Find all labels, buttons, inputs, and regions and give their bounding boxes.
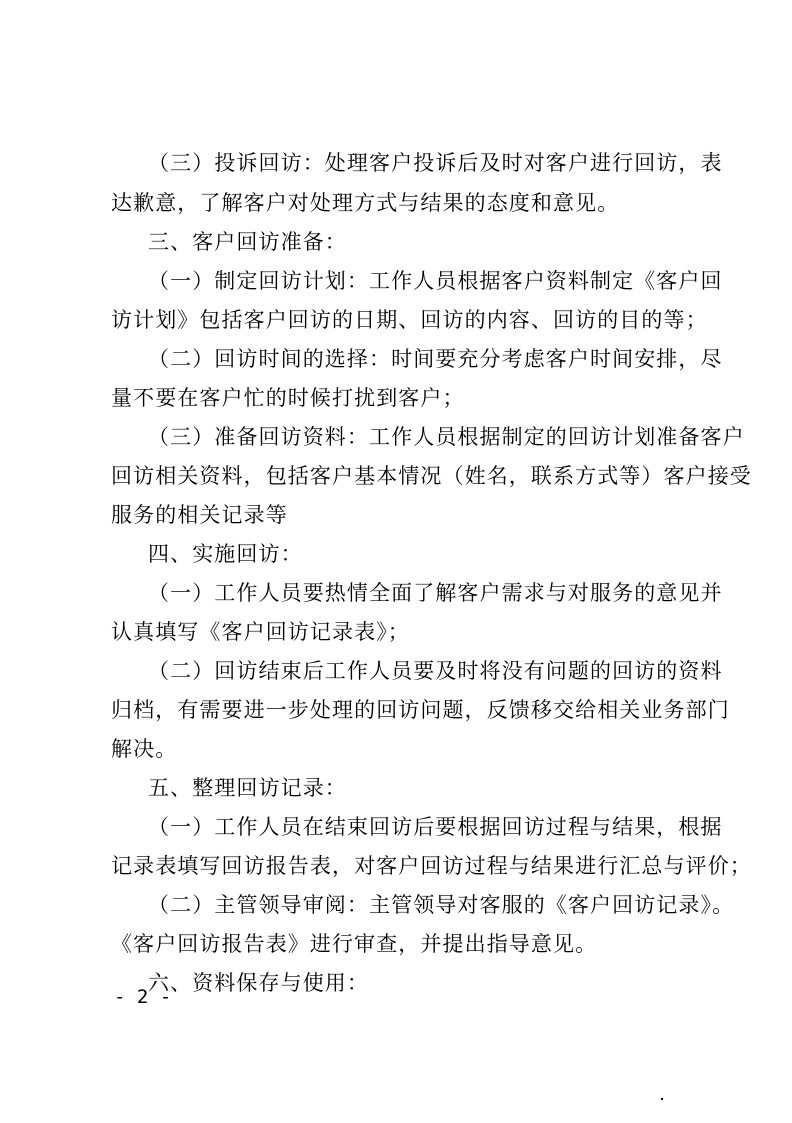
section-heading: 四、实施回访： [148,541,701,567]
scan-artifact-dot [661,1098,663,1100]
paragraph-line: （一）工作人员在结束回访后要根据回访过程与结果，根据 [148,814,701,840]
paragraph-line: 《客户回访报告表》进行审查，并提出指导意见。 [111,931,701,957]
paragraph-line: （二）回访结束后工作人员要及时将没有问题的回访的资料 [148,658,701,684]
paragraph-line: 访计划》包括客户回访的日期、回访的内容、回访的目的等； [111,307,701,333]
section-heading: 三、客户回访准备： [148,229,701,255]
paragraph-line: 认真填写《客户回访记录表》； [111,619,701,645]
paragraph-line: （二）回访时间的选择：时间要充分考虑客户时间安排，尽 [148,346,701,372]
paragraph-line: 记录表填写回访报告表，对客户回访过程与结果进行汇总与评价； [111,853,701,879]
paragraph-line: 服务的相关记录等 [111,502,701,528]
paragraph-line: （三）准备回访资料：工作人员根据制定的回访计划准备客户 [148,424,701,450]
paragraph-line: （一）制定回访计划：工作人员根据客户资料制定《客户回 [148,268,701,294]
section-heading: 六、资料保存与使用： [148,970,701,996]
paragraph-line: （一）工作人员要热情全面了解客户需求与对服务的意见并 [148,580,701,606]
section-heading: 五、整理回访记录： [148,775,701,801]
paragraph-line: 量不要在客户忙的时候打扰到客户； [111,385,701,411]
paragraph-line: 达歉意，了解客户对处理方式与结果的态度和意见。 [111,190,701,216]
page-number: - 2 - [114,985,171,1009]
paragraph-line: 归档，有需要进一步处理的回访问题，反馈移交给相关业务部门 [111,697,701,723]
paragraph-line: 解决。 [111,736,701,762]
paragraph-line: 回访相关资料，包括客户基本情况（姓名，联系方式等）客户接受 [111,463,701,489]
paragraph-line: （二）主管领导审阅：主管领导对客服的《客户回访记录》。 [148,892,701,918]
document-page: （三）投诉回访：处理客户投诉后及时对客户进行回访，表 达歉意，了解客户对处理方式… [0,0,792,1123]
paragraph-line: （三）投诉回访：处理客户投诉后及时对客户进行回访，表 [148,150,701,176]
